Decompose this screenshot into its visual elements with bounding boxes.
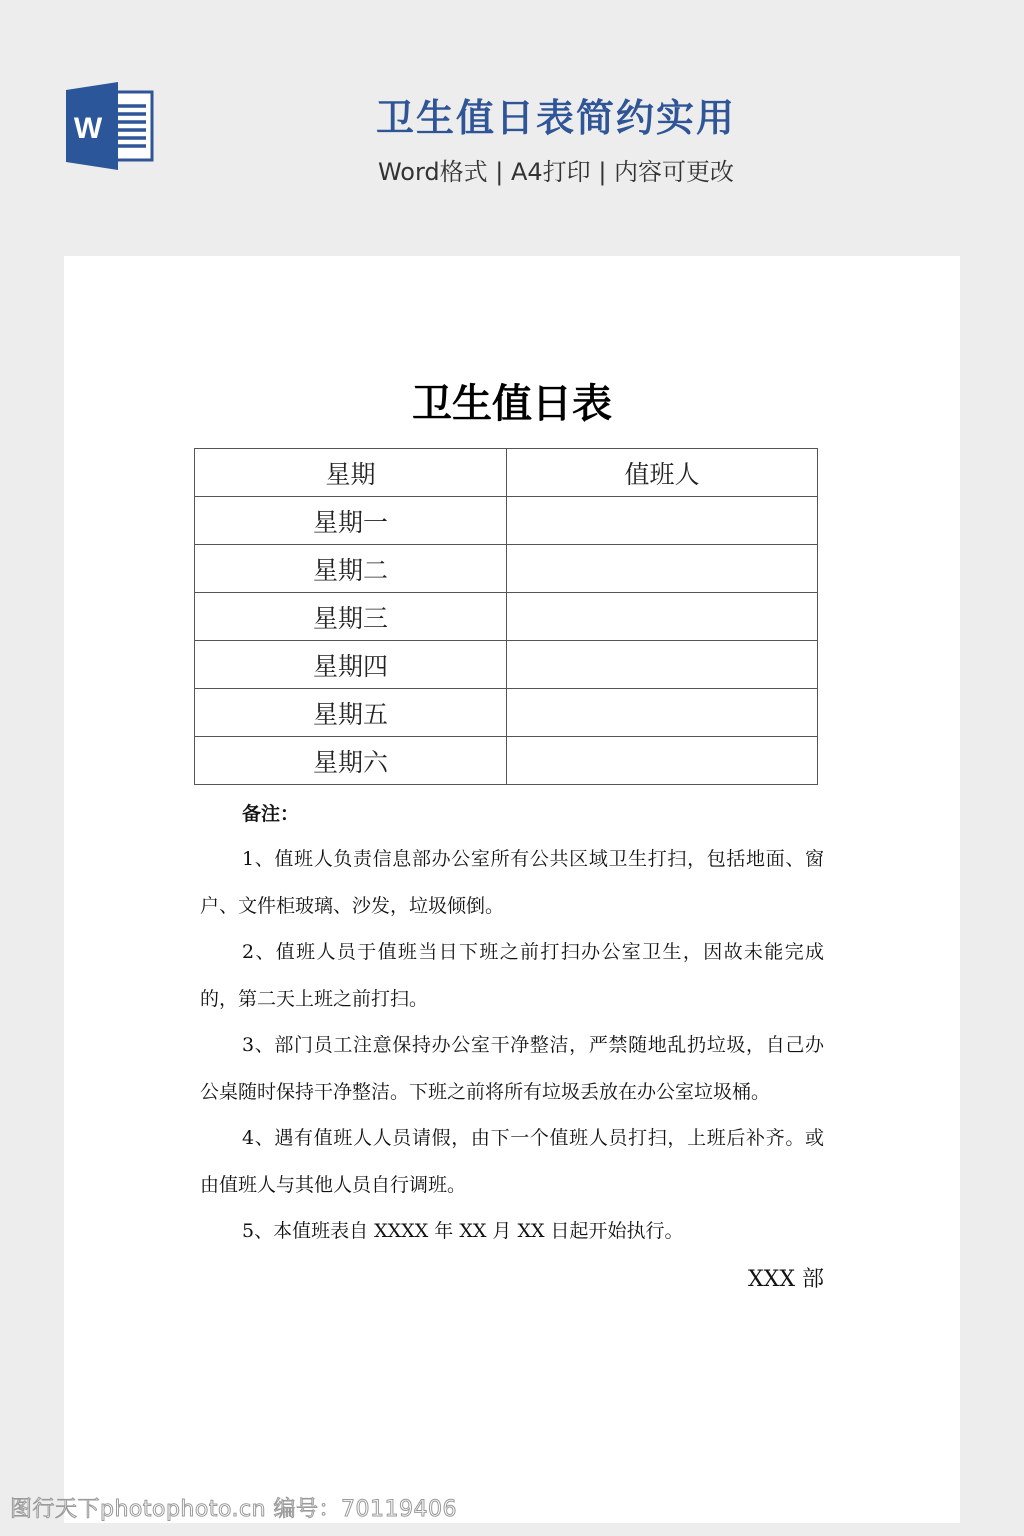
table-row: 星期五	[195, 689, 818, 737]
weekday-cell: 星期三	[195, 593, 507, 641]
person-cell[interactable]	[507, 641, 818, 689]
notes-section: 备注： 1、值班人负责信息部办公室所有公共区域卫生打扫，包括地面、窗户、文件柜玻…	[200, 796, 824, 1303]
note-item: 2、值班人员于值班当日下班之前打扫办公室卫生，因故未能完成的，第二天上班之前打扫…	[200, 929, 824, 1022]
header-weekday: 星期	[195, 449, 507, 497]
person-cell[interactable]	[507, 593, 818, 641]
table-header-row: 星期 值班人	[195, 449, 818, 497]
banner-title: 卫生值日表简约实用	[300, 94, 812, 142]
document-page: 卫生值日表 星期 值班人 星期一 星期二 星期三 星期四 星期五 星期六	[64, 256, 960, 1523]
note-item: 3、部门员工注意保持办公室干净整洁，严禁随地乱扔垃圾，自己办公桌随时保持干净整洁…	[200, 1022, 824, 1115]
table-row: 星期四	[195, 641, 818, 689]
watermark: 图行天下photophoto.cn 编号：70119406	[10, 1492, 457, 1523]
note-item: 1、值班人负责信息部办公室所有公共区域卫生打扫，包括地面、窗户、文件柜玻璃、沙发…	[200, 836, 824, 929]
department-signature: XXX 部	[200, 1257, 824, 1304]
note-item: 5、本值班表自 XXXX 年 XX 月 XX 日起开始执行。	[200, 1208, 824, 1255]
table-row: 星期一	[195, 497, 818, 545]
weekday-cell: 星期一	[195, 497, 507, 545]
banner-subtitle: Word格式 | A4打印 | 内容可更改	[300, 156, 812, 188]
header-person: 值班人	[507, 449, 818, 497]
table-row: 星期二	[195, 545, 818, 593]
notes-heading: 备注：	[200, 796, 824, 832]
person-cell[interactable]	[507, 737, 818, 785]
note-item: 4、遇有值班人人员请假，由下一个值班人员打扫，上班后补齐。或由值班人与其他人员自…	[200, 1115, 824, 1208]
person-cell[interactable]	[507, 545, 818, 593]
document-title: 卫生值日表	[64, 378, 960, 430]
weekday-cell: 星期二	[195, 545, 507, 593]
weekday-cell: 星期四	[195, 641, 507, 689]
weekday-cell: 星期五	[195, 689, 507, 737]
table-row: 星期三	[195, 593, 818, 641]
svg-text:W: W	[74, 112, 103, 145]
word-icon: W	[64, 80, 156, 172]
banner: W 卫生值日表简约实用 Word格式 | A4打印 | 内容可更改	[0, 0, 1024, 256]
person-cell[interactable]	[507, 689, 818, 737]
person-cell[interactable]	[507, 497, 818, 545]
table-row: 星期六	[195, 737, 818, 785]
duty-table: 星期 值班人 星期一 星期二 星期三 星期四 星期五 星期六	[194, 448, 818, 785]
weekday-cell: 星期六	[195, 737, 507, 785]
